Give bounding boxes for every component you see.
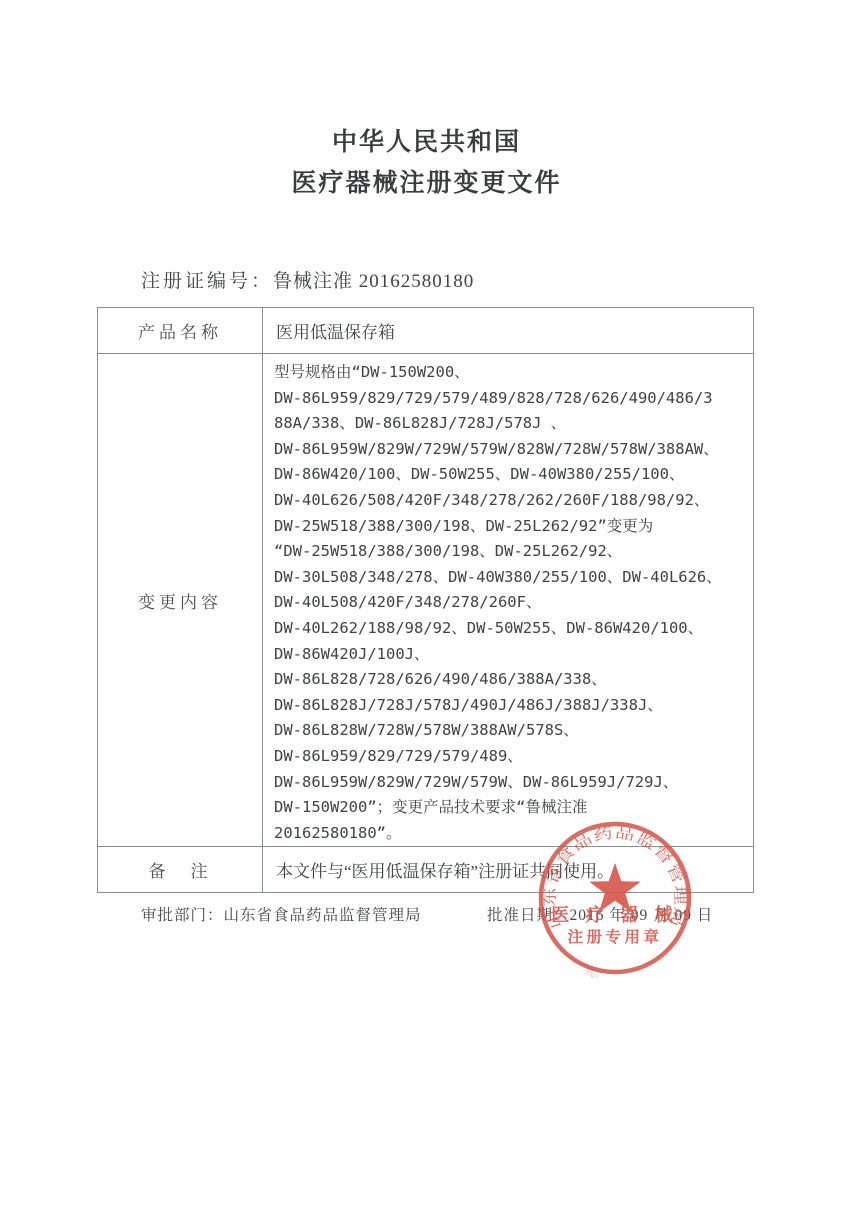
change-line: DW-86L828W/728W/578W/388AW/578S、 — [274, 718, 747, 744]
change-line: DW-40L262/188/98/92、DW-50W255、DW-86W420/… — [274, 616, 747, 642]
seal-serial-text: 3702··········· — [583, 968, 622, 978]
change-line: 20162580180”。 — [274, 821, 747, 846]
change-line: DW-86L959W/829W/729W/579W、DW-86L959J/729… — [274, 770, 747, 796]
change-line: “DW-25W518/388/300/198、DW-25L262/92、 — [274, 539, 747, 565]
approval-date: 批准日期：2016 年 09 月 09 日 — [487, 903, 713, 925]
table-row-remark: 备 注 本文件与“医用低温保存箱”注册证共同使用。 — [98, 846, 753, 892]
product-name-value: 医用低温保存箱 — [263, 308, 753, 353]
svg-text:3702···········: 3702··········· — [583, 968, 622, 978]
change-line: DW-86L959/829/729/579/489、 — [274, 744, 747, 770]
approval-department-value: 山东省食品药品监督管理局 — [224, 907, 422, 924]
change-line: DW-150W200”；变更产品技术要求“鲁械注准 — [274, 795, 747, 821]
change-line: DW-40L508/420F/348/278/260F、 — [274, 590, 747, 616]
change-line: 88A/338、DW-86L828J/728J/578J 、 — [274, 411, 747, 437]
product-name-label: 产品名称 — [98, 308, 263, 353]
change-line: 型号规格由“DW-150W200、 — [274, 360, 747, 386]
change-content-label: 变更内容 — [98, 354, 263, 846]
change-line: DW-30L508/348/278、DW-40W380/255/100、DW-4… — [274, 565, 747, 591]
change-line: DW-86W420J/100J、 — [274, 642, 747, 668]
table-row-product-name: 产品名称 医用低温保存箱 — [98, 308, 753, 353]
document-page: 中华人民共和国 医疗器械注册变更文件 注册证编号：鲁械注准 2016258018… — [0, 0, 853, 1206]
registration-label: 注册证编号： — [141, 271, 273, 292]
approval-department-label: 审批部门： — [141, 907, 224, 924]
change-line: DW-86L959/829/729/579/489/828/728/626/49… — [274, 386, 747, 412]
remark-value: 本文件与“医用低温保存箱”注册证共同使用。 — [263, 847, 753, 892]
change-line: DW-86L828/728/626/490/486/388A/338、 — [274, 667, 747, 693]
registration-change-table: 产品名称 医用低温保存箱 变更内容 型号规格由“DW-150W200、 DW-8… — [97, 307, 754, 893]
approval-department: 审批部门：山东省食品药品监督管理局 — [141, 903, 422, 925]
change-line: DW-25W518/388/300/198、DW-25L262/92”变更为 — [274, 514, 747, 540]
change-line: DW-86W420/100、DW-50W255、DW-40W380/255/10… — [274, 462, 747, 488]
change-line: DW-86L959W/829W/729W/579W/828W/728W/578W… — [274, 437, 747, 463]
seal-center-line2: 注册专用章 — [567, 927, 662, 946]
table-row-change-content: 变更内容 型号规格由“DW-150W200、 DW-86L959/829/729… — [98, 353, 753, 846]
remark-label: 备 注 — [98, 847, 263, 892]
change-line: DW-86L828J/728J/578J/490J/486J/388J/338J… — [274, 693, 747, 719]
change-line: DW-40L626/508/420F/348/278/262/260F/188/… — [274, 488, 747, 514]
registration-number-line: 注册证编号：鲁械注准 20162580180 — [141, 266, 474, 293]
approval-date-label: 批准日期： — [487, 907, 570, 924]
document-title-line2: 医疗器械注册变更文件 — [0, 163, 853, 199]
document-title-line1: 中华人民共和国 — [0, 122, 853, 158]
approval-date-value: 2016 年 09 月 09 日 — [570, 907, 714, 924]
registration-number: 鲁械注准 20162580180 — [273, 271, 474, 292]
change-content-value: 型号规格由“DW-150W200、 DW-86L959/829/729/579/… — [263, 354, 753, 846]
